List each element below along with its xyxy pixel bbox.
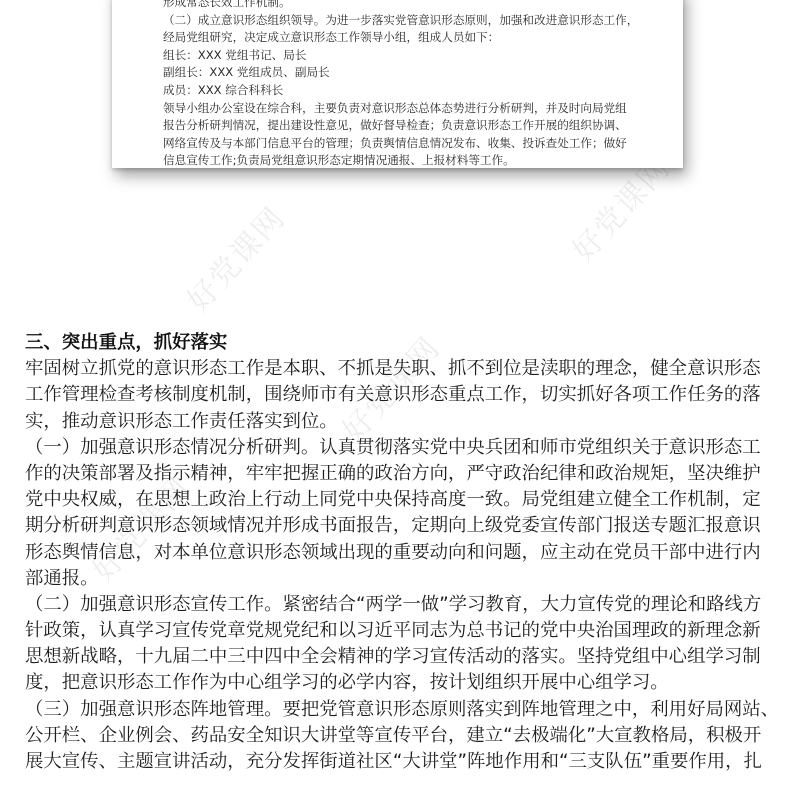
paragraph-line: 部通报。 [25,566,785,592]
card-line: 形成常态长效工作机制。 [163,0,673,12]
paragraph-line: 作的决策部署及指示精神，牢牢把握正确的政治方向，严守政治纪律和政治规矩，坚决维护 [25,461,785,487]
paragraph-line: 实，推动意识形态工作责任落实到位。 [25,409,785,435]
paragraph-line: （一）加强意识形态情况分析研判。认真贯彻落实党中央兵团和师市党组织关于意识形态工 [25,435,785,461]
card-line: 报告分析研判情况，提出建设性意见，做好督导检查；负责意识形态工作开展的组织协调、 [163,117,673,135]
paragraph-line: 工作管理检查考核制度机制，围绕师市有关意识形态重点工作，切实抓好各项工作任务的落 [25,382,785,408]
paragraph-line: 度，把意识形态工作作为中心组学习的必学内容，按计划组织开展中心组学习。 [25,670,785,696]
paragraph-line: 形态舆情信息，对本单位意识形态领域出现的重要动向和问题，应主动在党员干部中进行内 [25,540,785,566]
paragraph-line: 针政策，认真学习宣传党章党规党纪和以习近平同志为总书记的党中央治国理政的新理念新 [25,618,785,644]
section-heading: 三、突出重点，抓好落实 [25,330,785,356]
embedded-document-card: 形成常态长效工作机制。 （二）成立意识形态组织领导。为进一步落实党管意识形态原则… [112,0,683,168]
paragraph-line: 思想新战略，十九届二中三中四中全会精神的学习宣传活动的落实。坚持党组中心组学习制 [25,644,785,670]
card-line: （二）成立意识形态组织领导。为进一步落实党管意识形态原则，加强和改进意识形态工作… [163,12,673,30]
paragraph-line: 党中央权威，在思想上政治上行动上同党中央保持高度一致。局党组建立健全工作机制，定 [25,487,785,513]
card-line: 经局党组研究，决定成立意识形态工作领导小组，组成人员如下： [163,29,673,47]
card-line: 组长：XXX 党组书记、局长 [163,47,673,65]
paragraph-line: （三）加强意识形态阵地管理。要把党管意识形态原则落实到阵地管理之中，利用好局网站… [25,697,785,723]
card-line: 网络宣传及与本部门信息平台的管理；负责舆情信息情况发布、收集、投诉查处工作；做好 [163,135,673,153]
paragraph-line: 展大宣传、主题宣讲活动，充分发挥街道社区“大讲堂”阵地作用和“三支队伍”重要作用… [25,749,785,775]
paragraph-line: 公开栏、企业例会、药品安全知识大讲堂等宣传平台，建立“去极端化”大宣教格局，积极… [25,723,785,749]
document-body: 三、突出重点，抓好落实 牢固树立抓党的意识形态工作是本职、不抓是失职、抓不到位是… [25,330,785,775]
paragraph-line: （二）加强意识形态宣传工作。紧密结合“两学一做”学习教育，大力宣传党的理论和路线… [25,592,785,618]
card-line: 副组长：XXX 党组成员、副局长 [163,64,673,82]
paragraph-line: 牢固树立抓党的意识形态工作是本职、不抓是失职、抓不到位是渎职的理念，健全意识形态 [25,356,785,382]
paragraph-line: 期分析研判意识形态领域情况并形成书面报告，定期向上级党委宣传部门报送专题汇报意识 [25,513,785,539]
card-line: 信息宣传工作;负责局党组意识形态定期情况通报、上报材料等工作。 [163,152,673,168]
watermark: 好党课网 [175,195,293,320]
card-line: 成员：XXX 综合科科长 [163,82,673,100]
card-line: 领导小组办公室设在综合科，主要负责对意识形态总体态势进行分析研判，并及时向局党组 [163,100,673,118]
card-text: 形成常态长效工作机制。 （二）成立意识形态组织领导。为进一步落实党管意识形态原则… [163,0,673,168]
